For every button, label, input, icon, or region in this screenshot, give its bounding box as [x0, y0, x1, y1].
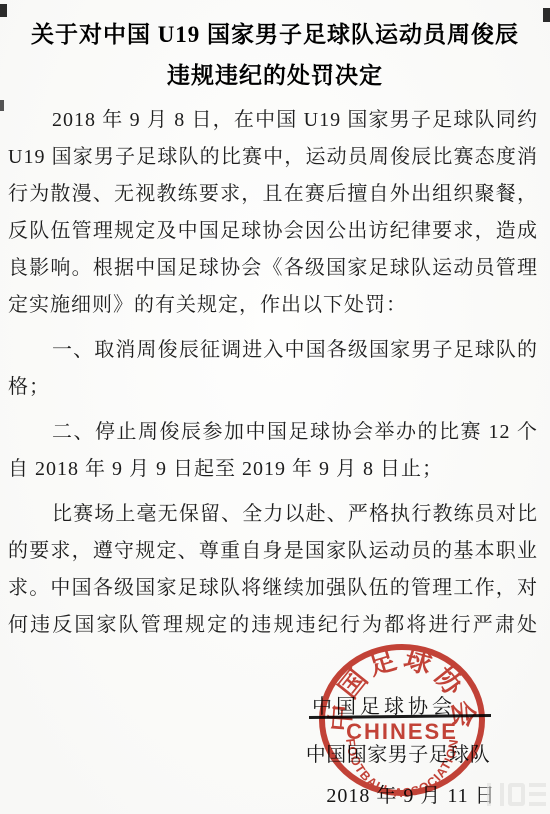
watermark-glyph — [487, 783, 504, 806]
body-line: 自 2018 年 9 月 9 日起至 2019 年 9 月 8 日止； — [8, 451, 538, 488]
body-line: 的要求，遵守规定、尊重自身是国家队运动员的基本职业要 — [8, 533, 538, 570]
body-line: 行为散漫、无视教练要求，且在赛后擅自外出组织聚餐，违 — [8, 176, 538, 213]
watermark-glyph — [529, 783, 546, 806]
scan-artifact — [0, 4, 7, 17]
seal-arc-bottom-textpath: FOOTBALL ASSOCIATION — [343, 738, 461, 801]
seal-arc-bottom-text: FOOTBALL ASSOCIATION — [343, 738, 461, 801]
body-line: 格； — [8, 369, 538, 406]
document-page: 关于对中国 U19 国家男子足球队运动员周俊辰 违规违纪的处罚决定 2018 年… — [0, 0, 550, 814]
body-line: 求。中国各级国家足球队将继续加强队伍的管理工作，对任 — [8, 570, 538, 607]
body-line: 反队伍管理规定及中国足球协会因公出访纪律要求，造成不 — [8, 213, 538, 250]
body-line: 比赛场上毫无保留、全力以赴、严格执行教练员对比赛 — [8, 496, 538, 533]
watermark — [487, 783, 546, 806]
body-line: 何违反国家队管理规定的违规违纪行为都将进行严肃处理。 — [8, 607, 538, 644]
body-line: 2018 年 9 月 8 日，在中国 U19 国家男子足球队同约旦 — [8, 102, 538, 139]
title-line-2: 违规违纪的处罚决定 — [0, 55, 550, 96]
body-line: 一、取消周俊辰征调进入中国各级国家男子足球队的资 — [8, 332, 538, 369]
scan-artifact — [0, 100, 4, 111]
seal-center-text: CHINESE — [346, 719, 458, 744]
document-body: 2018 年 9 月 8 日，在中国 U19 国家男子足球队同约旦 U19 国家… — [0, 102, 550, 644]
watermark-glyph — [508, 783, 525, 806]
document-title: 关于对中国 U19 国家男子足球队运动员周俊辰 违规违纪的处罚决定 — [0, 14, 550, 96]
body-line: 良影响。根据中国足球协会《各级国家足球队运动员管理规 — [8, 250, 538, 287]
scan-artifact — [543, 8, 550, 22]
title-line-1: 关于对中国 U19 国家男子足球队运动员周俊辰 — [0, 14, 550, 55]
body-line: 定实施细则》的有关规定，作出以下处罚： — [8, 287, 538, 324]
body-line: 二、停止周俊辰参加中国足球协会举办的比赛 12 个月， — [8, 414, 538, 451]
official-seal-stamp: 中国足球协会 CHINESE FOOTBALL ASSOCIATION — [316, 640, 488, 802]
body-line: U19 国家男子足球队的比赛中，运动员周俊辰比赛态度消极、 — [8, 139, 538, 176]
